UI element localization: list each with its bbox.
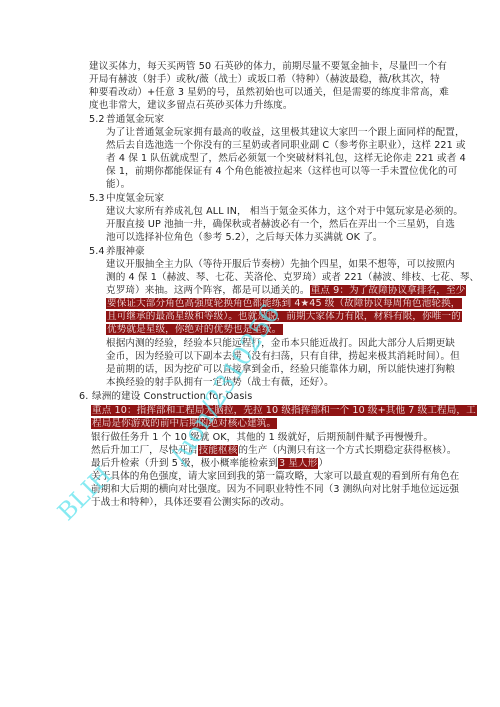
paragraph-line: 者 4 保 1 队伍就成型了，然后必须氪一个突破材料礼包，这样无论你走 221 … — [106, 152, 466, 165]
paragraph-line: 池可以选择补位角色（参考 5.2），之后每天体力买满就 OK 了。 — [106, 231, 383, 244]
paragraph-line: 本换经验的射手队拥有一定优势（战士有薇，还好）。 — [106, 376, 334, 389]
section-title: 中度氪金玩家 — [106, 193, 164, 204]
highlight-line: 优势就是星级，你绝对的优势也是星级。 — [106, 323, 283, 336]
section-title: 普通氪金玩家 — [106, 114, 164, 125]
highlight-text: 重点 10：指挥部和工程局无脑拉，先拉 10 级指挥部和一个 10 级+其他 7… — [91, 405, 477, 416]
section-heading-5-4: 5.4养服神豪 — [89, 245, 145, 258]
highlight-line: 要保证大部分角色高强度轮换角色都能练到 4★45 级（故障协议每周角色池轮换， — [106, 297, 462, 310]
paragraph-mixed-line: 然后升加工厂，尽快开启技能枢核的生产（内测只有这一个方式长期稳定获得枢核）。 — [91, 444, 457, 457]
paragraph-line: 银行做任务升 1 个 10 级就 OK，其他的 1 级就好，后期预制件赋予再慢慢… — [91, 431, 433, 444]
highlight-line: 重点 10：指挥部和工程局无脑拉，先拉 10 级指挥部和一个 10 级+其他 7… — [91, 404, 477, 417]
paragraph-line: 开服直接 UP 池抽一井，确保秋或者赫波必有一个，然后在弄出一个三星奶，自选 — [106, 218, 455, 231]
paragraph-line: 为了让普通氪金玩家拥有最高的收益，这里极其建议大家凹一个跟上面同样的配置， — [106, 126, 465, 139]
section-number: 5.4 — [89, 245, 106, 258]
plain-text: 最后升检索（升到 5 级，极小概率能检索到 — [91, 458, 278, 469]
highlight-text: 且可继承的最高星级和等级）。也就是说，前期大家体力有限，材料有限，你唯一的 — [106, 311, 462, 322]
paragraph-line: 根据内测的经验，经验本只能远程打，金币本只能近战打。因此大部分人后期更缺 — [106, 337, 455, 350]
paragraph-line: 前期和大后期的横向对比强度。因为不同职业特性不同（3 测纵向对比射手地位远远强 — [91, 483, 459, 496]
paragraph-mixed-line: 最后升检索（升到 5 级，极小概率能检索到3 星人形） — [91, 457, 328, 470]
highlight-text: 3 星人形 — [278, 458, 318, 469]
section-heading-5-2: 5.2普通氪金玩家 — [89, 113, 164, 126]
highlight-text: 要保证大部分角色高强度轮换角色都能练到 4★45 级（故障协议每周角色池轮换， — [106, 298, 462, 309]
paragraph-line: 关于具体的角色强度，请大家回到我的第一篇攻略，大家可以最直观的看到所有角色在 — [91, 470, 459, 483]
highlight-text: 程局是你游戏的前中后期的绝对核心建筑。 — [91, 418, 277, 429]
paragraph-line: 建议开服抽全主力队（等待开服后节奏榜）先抽个四星，如果不想等，可以按照内 — [106, 258, 455, 271]
paragraph-line: 于战士和特种），具体还要看公测实际的改动。 — [91, 496, 290, 509]
paragraph-mixed-line: 克罗琦）来抽。这两个阵容，都是可以通关的。重点 9：为了故障协议拿排名，至少 — [106, 284, 466, 297]
document-page: 建议买体力，每天买两管 50 石英砂的体力，前期尽量不要氪金抽卡，尽量凹一个有 … — [0, 0, 500, 707]
plain-text: 然后升加工厂，尽快开启 — [91, 445, 198, 456]
plain-text: ） — [318, 458, 328, 469]
section-title: 养服神豪 — [106, 246, 145, 257]
intro-line: 建议买体力，每天买两管 50 石英砂的体力，前期尽量不要氪金抽卡，尽量凹一个有 — [89, 60, 447, 73]
paragraph-line: 能）。 — [106, 178, 130, 191]
paragraph-line: 是前期的话，因为挖矿可以直接拿到金币，经验只能靠体力刷，所以能快速打狗粮 — [106, 363, 455, 376]
highlight-text: 技能枢核 — [198, 445, 239, 456]
section-title: 绿洲的建设 Construction for Oasis — [92, 391, 252, 402]
paragraph-line: 测的 4 保 1（赫波、琴、七花、芙洛伦、克罗琦）或者 221（赫波、绯枝、七花… — [106, 271, 479, 284]
paragraph-line: 金币，因为经验可以下副本去捞（没有扫荡，只有自律，捞起来极其消耗时间）。但 — [106, 350, 460, 363]
section-number: 6. — [79, 390, 92, 403]
paragraph-line: 保 1，前期你都能保证有 4 个角色能被拉起来（这样也可以等一手未置位优化的可 — [106, 165, 457, 178]
paragraph-line: 建议大家所有养成礼包 ALL IN， 相当于氪金买体力，这个对于中氪玩家是必须的… — [106, 205, 463, 218]
highlight-line: 且可继承的最高星级和等级）。也就是说，前期大家体力有限，材料有限，你唯一的 — [106, 310, 462, 323]
section-heading-5-3: 5.3中度氪金玩家 — [89, 192, 164, 205]
highlight-text: 优势就是星级，你绝对的优势也是星级。 — [106, 324, 283, 335]
plain-text: 的生产（内测只有这一个方式长期稳定获得枢核）。 — [238, 445, 456, 456]
intro-line: 度也非常大，建议多留点石英砂买体力升练度。 — [89, 99, 293, 112]
intro-line: 种要看改动）+任意 3 星奶的号，虽然初始也可以通关，但是需要的练度非常高，难 — [89, 86, 449, 99]
highlight-text: 重点 9：为了故障协议拿排名，至少 — [310, 285, 467, 296]
section-heading-6: 6.绿洲的建设 Construction for Oasis — [79, 390, 252, 403]
section-number: 5.3 — [89, 192, 106, 205]
section-number: 5.2 — [89, 113, 106, 126]
plain-text: 克罗琦）来抽。这两个阵容，都是可以通关的。 — [106, 285, 310, 296]
paragraph-line: 然后去自选池选一个你没有的三星奶或者同职业副 C（参考你主职业），这样 221 … — [106, 139, 466, 152]
intro-line: 开局有赫波（射手）或秋/薇（战士）或坂口希（特种）（赫波最稳，薇/秋其次，特 — [89, 73, 440, 86]
highlight-line: 程局是你游戏的前中后期的绝对核心建筑。 — [91, 417, 277, 430]
